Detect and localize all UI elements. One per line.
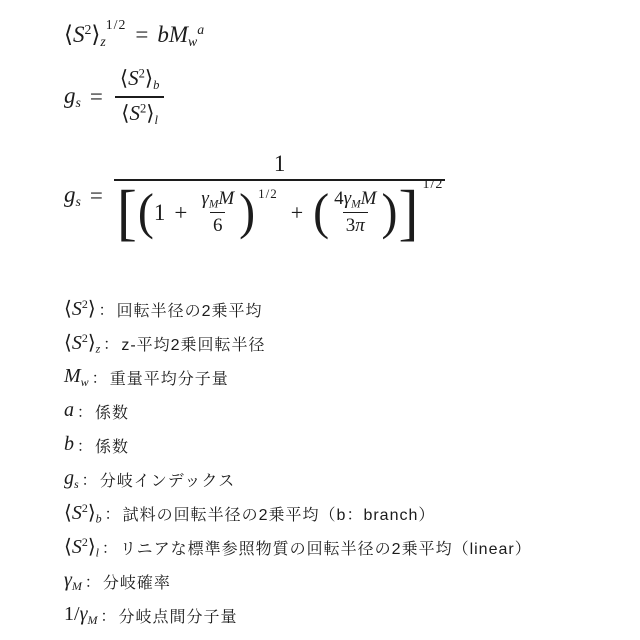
inner-denominator: 6 bbox=[210, 212, 226, 237]
colon-separator: ： bbox=[99, 299, 114, 320]
definition-description: リニアな標準参照物質の回転半径の2乗平均（linear） bbox=[120, 536, 532, 559]
colon-separator: ： bbox=[92, 367, 107, 388]
symbol-g: g bbox=[64, 83, 76, 108]
fraction-numerator-one: 1 bbox=[274, 151, 286, 179]
paren-group-2: ( 4γMM 3π ) bbox=[313, 188, 397, 237]
definition-symbol: 1/γM bbox=[64, 602, 97, 628]
inner-numerator: γMM bbox=[198, 188, 237, 212]
right-paren: ) bbox=[381, 189, 397, 235]
inner-numerator: 4γMM bbox=[331, 188, 379, 212]
colon-separator: ： bbox=[100, 605, 115, 626]
angle-open: ⟨ bbox=[64, 298, 72, 320]
definition-row: ⟨S2⟩z ： z-平均2乗回転半径 bbox=[64, 326, 532, 360]
number-four: 4 bbox=[334, 188, 344, 209]
symbol-gamma: γ bbox=[201, 188, 209, 209]
symbol-base: S bbox=[72, 332, 82, 354]
symbol-g: g bbox=[64, 182, 76, 207]
equation-branching-index-ratio: gs = ⟨S2⟩b ⟨S2⟩l bbox=[64, 66, 167, 128]
symbol-S: S bbox=[73, 22, 85, 47]
definition-description: 試料の回転半径の2乗平均（b：branch） bbox=[123, 502, 436, 525]
colon-separator: ： bbox=[105, 503, 120, 524]
symbol-base: b bbox=[64, 433, 74, 455]
symbol-base: S bbox=[72, 502, 82, 524]
number-three: 3 bbox=[346, 215, 356, 236]
angle-close: ⟩ bbox=[88, 332, 96, 354]
definition-row: γM ： 分岐確率 bbox=[64, 564, 532, 598]
angle-open: ⟨ bbox=[64, 332, 72, 354]
angle-open: ⟨ bbox=[64, 502, 72, 524]
definition-symbol: γM bbox=[64, 568, 82, 594]
definition-row: ⟨S2⟩ ： 回転半径の2乗平均 bbox=[64, 292, 532, 326]
left-paren: ( bbox=[313, 189, 329, 235]
equation-rg-power-law: ⟨S2⟩z1/2=bMwa bbox=[64, 17, 204, 50]
subscript-s: s bbox=[76, 194, 81, 209]
definition-description: 分岐点間分子量 bbox=[118, 604, 237, 627]
definition-description: 重量平均分子量 bbox=[110, 366, 229, 389]
colon-separator: ： bbox=[77, 435, 92, 456]
plus-sign: + bbox=[174, 200, 187, 226]
fraction-denominator: ⟨S2⟩l bbox=[115, 96, 164, 128]
angle-open: ⟨ bbox=[64, 536, 72, 558]
definition-description: 係数 bbox=[95, 434, 129, 457]
definition-row: b ： 係数 bbox=[64, 428, 532, 462]
definition-description: 分岐インデックス bbox=[100, 468, 236, 491]
fraction: ⟨S2⟩b ⟨S2⟩l bbox=[114, 66, 166, 128]
definition-description: 係数 bbox=[95, 400, 129, 423]
main-fraction: 1 [ ( 1 + γMM 6 ) 1/2 + bbox=[114, 151, 445, 240]
symbol-prefix: 1/ bbox=[64, 603, 80, 625]
symbol-sub: M bbox=[87, 613, 97, 627]
symbol-M: M bbox=[361, 188, 377, 209]
symbol-b: b bbox=[157, 22, 169, 47]
definition-symbol: ⟨S2⟩l bbox=[64, 534, 99, 561]
definition-description: 回転半径の2乗平均 bbox=[117, 298, 263, 321]
inner-fraction-2: 4γMM 3π bbox=[331, 188, 379, 237]
angle-close: ⟩ bbox=[145, 66, 153, 90]
subscript-z: z bbox=[100, 34, 105, 49]
definition-row: Mw ： 重量平均分子量 bbox=[64, 360, 532, 394]
equals-sign: = bbox=[90, 84, 103, 110]
symbol-base: a bbox=[64, 399, 74, 421]
symbol-base: M bbox=[64, 365, 81, 387]
colon-separator: ： bbox=[77, 401, 92, 422]
number-one: 1 bbox=[154, 200, 166, 226]
symbol-M: M bbox=[169, 22, 188, 47]
exponent-half: 1/2 bbox=[258, 186, 278, 202]
definition-symbol: ⟨S2⟩ bbox=[64, 296, 96, 323]
definition-symbol: ⟨S2⟩b bbox=[64, 500, 102, 527]
inner-denominator: 3π bbox=[343, 212, 368, 237]
subscript-b: b bbox=[153, 78, 159, 92]
exponent-a: a bbox=[197, 22, 204, 37]
symbol-S: S bbox=[128, 66, 139, 90]
symbol-sub: b bbox=[96, 511, 102, 525]
definition-symbol: ⟨S2⟩z bbox=[64, 330, 100, 357]
symbol-pi: π bbox=[355, 215, 365, 236]
lhs-gs: gs bbox=[64, 83, 81, 111]
equation-branching-index-zimm-stockmayer: gs = 1 [ ( 1 + γMM 6 ) 1/2 bbox=[64, 151, 447, 240]
fraction-numerator: ⟨S2⟩b bbox=[114, 66, 166, 96]
symbol-base: g bbox=[64, 467, 74, 489]
symbol-base: S bbox=[72, 536, 82, 558]
outer-exponent-half: 1/2 bbox=[422, 177, 443, 193]
symbol-sub: s bbox=[74, 477, 79, 491]
equals-sign: = bbox=[90, 183, 103, 209]
definition-row: a ： 係数 bbox=[64, 394, 532, 428]
inner-fraction-1: γMM 6 bbox=[198, 188, 237, 237]
definition-description: 分岐確率 bbox=[103, 570, 171, 593]
definitions-list: ⟨S2⟩ ： 回転半径の2乗平均 ⟨S2⟩z ： z-平均2乗回転半径 Mw ：… bbox=[64, 292, 532, 632]
colon-separator: ： bbox=[82, 469, 97, 490]
symbol-S: S bbox=[129, 101, 140, 125]
left-bracket: [ bbox=[117, 184, 137, 242]
colon-separator: ： bbox=[103, 333, 118, 354]
definition-symbol: a bbox=[64, 398, 74, 424]
fraction-denominator: [ ( 1 + γMM 6 ) 1/2 + ( bbox=[114, 179, 445, 240]
angle-open: ⟨ bbox=[120, 66, 128, 90]
right-bracket: ] bbox=[398, 184, 418, 242]
definition-row: gs ： 分岐インデックス bbox=[64, 462, 532, 496]
colon-separator: ： bbox=[102, 537, 117, 558]
lhs-gs: gs bbox=[64, 182, 81, 210]
paren-group-1: ( 1 + γMM 6 ) 1/2 bbox=[138, 188, 281, 237]
subscript-w: w bbox=[188, 34, 197, 49]
symbol-sub: z bbox=[96, 341, 101, 355]
symbol-sub: w bbox=[81, 375, 89, 389]
exponent-half: 1/2 bbox=[106, 17, 127, 32]
subscript-M: M bbox=[351, 198, 361, 210]
symbol-sub: l bbox=[96, 545, 99, 559]
definition-symbol: Mw bbox=[64, 364, 89, 390]
definition-description: z-平均2乗回転半径 bbox=[121, 332, 265, 355]
subscript-l: l bbox=[154, 113, 158, 127]
angle-close: ⟩ bbox=[88, 298, 96, 320]
angle-close: ⟩ bbox=[88, 536, 96, 558]
definition-symbol: b bbox=[64, 432, 74, 458]
angle-open: ⟨ bbox=[64, 22, 73, 47]
definition-row: ⟨S2⟩b ： 試料の回転半径の2乗平均（b：branch） bbox=[64, 496, 532, 530]
subscript-M: M bbox=[209, 198, 219, 210]
bracketed-expression: [ ( 1 + γMM 6 ) 1/2 + ( bbox=[116, 185, 443, 240]
formula-sheet: ⟨S2⟩z1/2=bMwa gs = ⟨S2⟩b ⟨S2⟩l gs = 1 [ … bbox=[0, 0, 640, 640]
angle-close: ⟩ bbox=[88, 502, 96, 524]
left-paren: ( bbox=[138, 189, 154, 235]
right-paren: ) bbox=[239, 189, 255, 235]
definition-row: 1/γM ： 分岐点間分子量 bbox=[64, 598, 532, 632]
symbol-base: S bbox=[72, 298, 82, 320]
definition-row: ⟨S2⟩l ： リニアな標準参照物質の回転半径の2乗平均（linear） bbox=[64, 530, 532, 564]
symbol-sub: M bbox=[72, 579, 82, 593]
subscript-s: s bbox=[76, 95, 81, 110]
plus-sign: + bbox=[291, 200, 303, 226]
symbol-M: M bbox=[218, 188, 234, 209]
symbol-base: γ bbox=[64, 569, 72, 591]
colon-separator: ： bbox=[85, 571, 100, 592]
definition-symbol: gs bbox=[64, 466, 79, 492]
equals-sign: = bbox=[135, 22, 148, 47]
